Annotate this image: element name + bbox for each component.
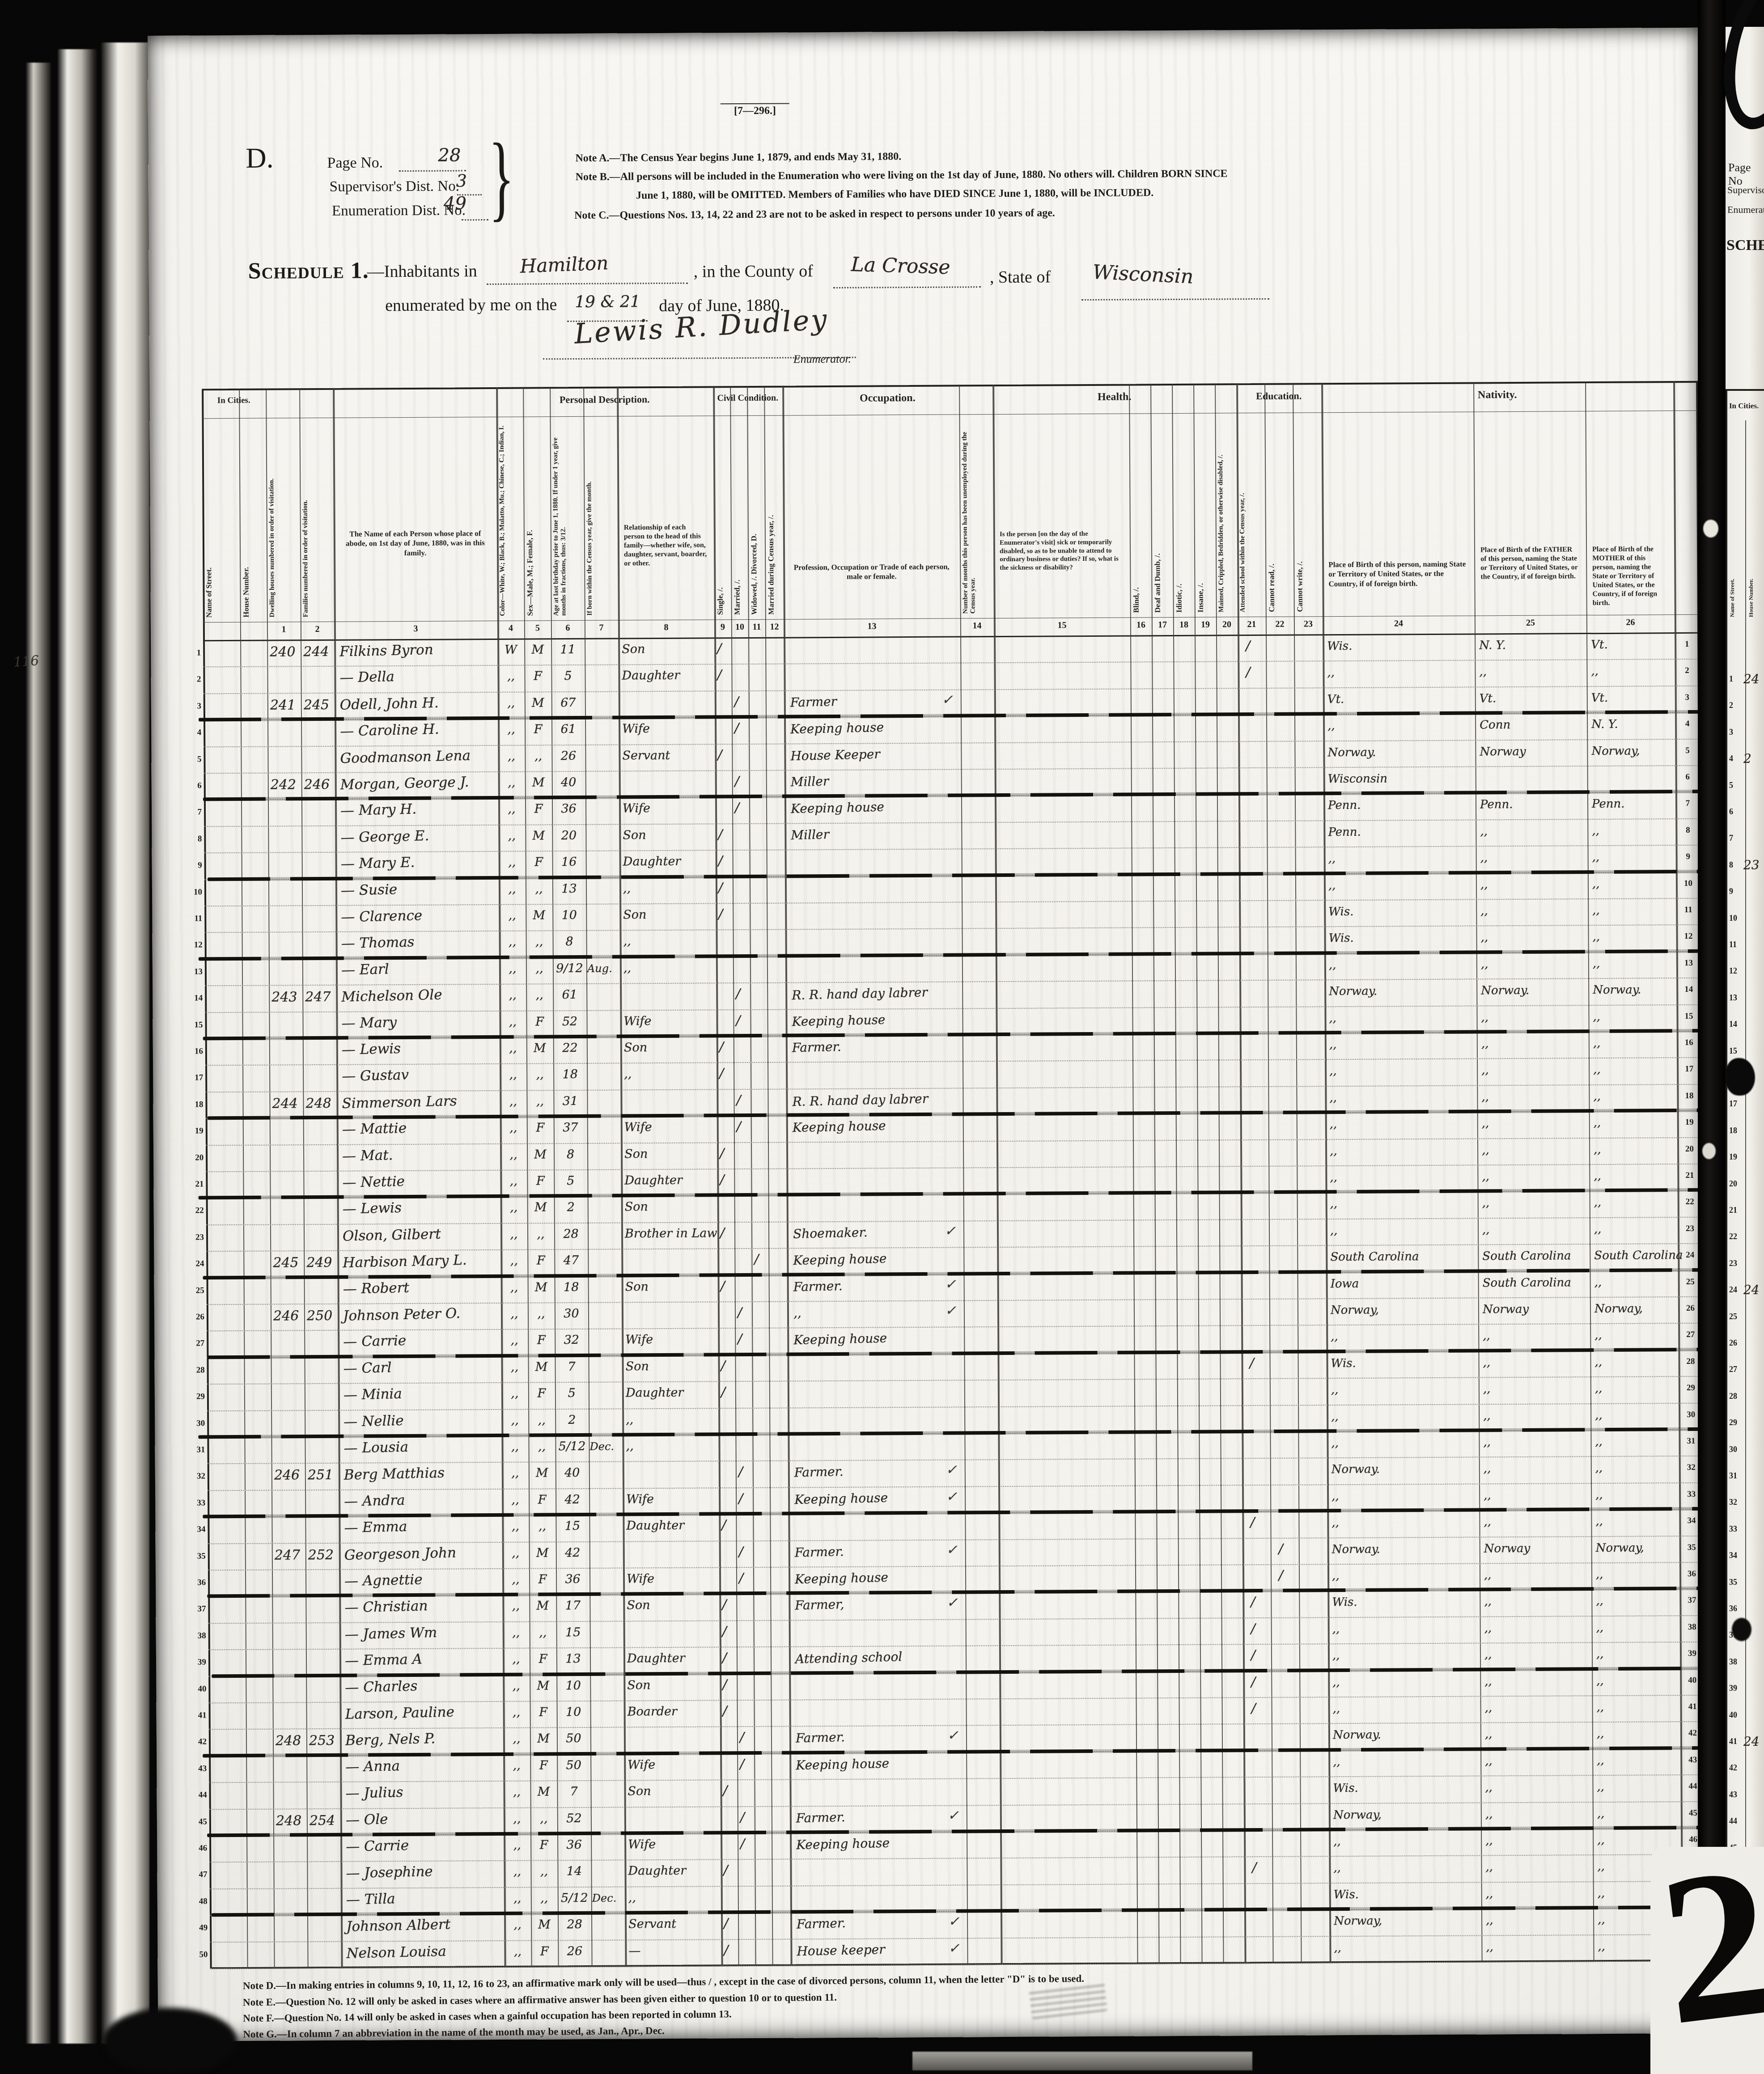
mother-birthplace-entry: ,, [1593,1090,1601,1103]
stub-line-number: 38 [1729,1657,1737,1667]
relationship-entry: Daughter [627,1651,685,1666]
relationship-entry: Wife [628,1758,655,1772]
person-name: — Mattie [342,1120,407,1138]
person-name: — Robert [343,1279,409,1297]
color-entry: ,, [501,1333,528,1347]
line-number-left: 7 [187,808,202,817]
stub-line-number: 27 [1729,1365,1737,1374]
occupation-entry: Keeping house [791,800,885,817]
sex-entry: F [527,1121,554,1134]
color-entry: ,, [504,1891,531,1905]
father-birthplace-entry: ,, [1480,825,1488,838]
stub-line-number: 9 [1729,887,1733,896]
civil-condition-mark: / [740,1757,744,1772]
relationship-entry: Daughter [626,1386,684,1400]
dwelling-number: 246 [274,1468,300,1483]
relationship-entry: Wife [623,802,650,816]
sex-entry: M [529,1466,555,1480]
column-label-c18: Idiotic, /. [1174,418,1193,613]
line-number-left: 14 [187,994,203,1003]
age-entry: 7 [555,1360,589,1374]
occupation-check-mark: ✓ [948,1914,959,1930]
civil-condition-mark: / [736,1013,740,1029]
person-name: — Nettie [342,1173,405,1191]
note-b-line1: Note B.—All persons will be included in … [576,168,1228,183]
color-entry: ,, [499,961,526,975]
age-entry: 40 [552,775,585,789]
sex-entry: M [527,1147,554,1161]
father-birthplace-entry: ,, [1484,1515,1491,1529]
column-label-c15: Is the person [on the day of the Enumera… [1000,530,1124,572]
civil-condition-mark: / [717,747,722,763]
age-entry: 26 [558,1944,591,1958]
column-label-c24: Place of Birth of this person, naming St… [1328,559,1468,588]
birthplace-entry: ,, [1329,1091,1337,1105]
relationship-entry: Son [625,1280,649,1294]
occupation-entry: Farmer. [792,1039,842,1055]
column-label-c12: Married during Census year, /. [766,420,782,615]
stub-line-number: 14 [1729,1020,1737,1029]
color-entry: ,, [501,1360,528,1374]
color-entry: ,, [499,988,526,1002]
color-entry: ,, [500,1041,526,1055]
column-label-c20: Maimed, Crippled, Bedridden, or otherwis… [1217,417,1236,612]
stub-line-number: 33 [1729,1524,1737,1534]
age-entry: 8 [553,935,586,948]
relationship-entry: ,, [623,935,631,948]
person-name: — Ole [345,1811,388,1828]
age-entry: 37 [554,1121,587,1134]
age-entry: 18 [555,1280,588,1294]
age-entry: 15 [555,1519,589,1533]
column-label-c3: The Name of each Person whose place of a… [340,529,491,558]
line-number-left: 46 [192,1843,207,1853]
occupation-entry: Farmer. [797,1916,846,1931]
column-label-c10: Married, /. [732,420,746,615]
person-name: — Lousia [343,1439,408,1456]
color-entry: ,, [503,1625,530,1639]
civil-condition-mark: / [720,1225,725,1241]
civil-condition-mark: / [719,1039,724,1055]
father-birthplace-entry: ,, [1484,1675,1492,1688]
occupation-check-mark: ✓ [948,1807,959,1823]
place-value: Hamilton [520,252,609,277]
birthplace-entry: Wisconsin [1328,772,1387,786]
father-birthplace-entry: ,, [1483,1329,1490,1343]
line-number-left: 32 [190,1472,205,1481]
stub-house-label: House Number. [1748,429,1761,617]
occupation-entry: Keeping house [790,720,884,737]
age-entry: 15 [556,1625,590,1639]
column-number: 24 [1323,618,1475,629]
civil-condition-mark: / [719,1066,724,1082]
mother-birthplace-entry: ,, [1594,1355,1602,1369]
column-number: 21 [1238,619,1266,630]
relationship-entry: Son [624,1041,647,1054]
age-entry: 52 [553,1014,586,1028]
stub-line-number: 17 [1729,1099,1737,1109]
birthplace-entry: ,, [1333,1835,1341,1848]
county-value: La Crosse [851,253,950,279]
person-name: Simmerson Lars [342,1093,457,1112]
dwelling-number: 242 [271,777,296,792]
color-entry: ,, [498,696,525,710]
color-entry: ,, [499,882,526,896]
stub-line-number: 21 [1729,1206,1737,1215]
father-birthplace-entry: ,, [1484,1595,1492,1608]
birthplace-entry: ,, [1331,1436,1339,1450]
civil-condition-mark: / [723,1863,728,1879]
person-name: Olson, Gilbert [343,1226,441,1244]
color-entry: ,, [504,1918,531,1932]
father-birthplace-entry: ,, [1483,1435,1491,1449]
column-label-c6: Age at last birthday prior to June 1, 18… [552,421,583,616]
stub-schedule-label: SCHEDU [1726,237,1764,254]
line-number-left: 40 [191,1684,206,1694]
family-number: 245 [304,697,329,713]
stub-line-number: 43 [1729,1790,1737,1799]
note-c: Note C.—Questions Nos. 13, 14, 22 and 23… [574,207,1055,222]
stub-line-number: 12 [1729,966,1737,976]
sex-entry: M [525,829,552,842]
relationship-entry: Son [623,828,646,842]
bottom-paper-bleed [912,2052,1252,2070]
dotted-line [833,282,981,288]
relationship-entry: Wife [625,1333,653,1347]
line-number-left: 8 [187,834,202,844]
occupation-entry: ,, [793,1305,802,1320]
birthplace-entry: ,, [1327,719,1335,732]
person-name: Larson, Pauline [345,1704,454,1723]
relationship-entry: Son [628,1784,651,1798]
father-birthplace-entry: Norway. [1481,984,1529,998]
left-page-edge [57,49,98,2044]
father-birthplace-entry: ,, [1483,1383,1491,1396]
binding-gutter [1698,0,1726,2074]
sex-entry: M [526,1041,553,1055]
father-birthplace-entry: ,, [1485,1781,1493,1794]
color-entry: ,, [500,1254,527,1268]
sex-entry: M [525,696,551,710]
birthplace-entry: Wis. [1329,931,1354,945]
stub-line-number: 23 [1729,1259,1737,1268]
person-name: — Carrie [343,1333,407,1350]
mother-birthplace-entry: ,, [1597,1860,1605,1873]
relationship-entry: Wife [622,722,650,736]
note-b-line2: June 1, 1880, will be OMITTED. Members o… [636,187,1154,202]
color-entry: ,, [504,1865,530,1879]
color-entry: ,, [504,1812,530,1825]
dotted-line [487,278,688,285]
occupation-entry: Keeping house [793,1331,887,1348]
age-entry: 13 [552,881,586,895]
relationship-entry: Wife [623,1014,651,1028]
sex-entry: F [524,669,551,683]
sex-entry: M [526,908,552,922]
ink-blob [103,2008,237,2074]
person-name: — Carl [343,1359,392,1376]
column-number: 3 [334,623,497,635]
person-name: — Mary [341,1014,397,1032]
occupation-entry: Shoemaker. [793,1225,868,1241]
group-header-occupation: Occupation. [782,392,992,405]
civil-condition-mark: / [722,1597,726,1613]
education-mark: / [1251,1621,1255,1637]
stub-line-number: 5 [1729,781,1733,790]
stub-street-label: Name of Street. [1729,429,1743,617]
birthplace-entry: ,, [1330,1171,1337,1184]
birthplace-entry: Wis. [1327,639,1352,653]
person-name: Johnson Albert [346,1917,451,1935]
age-entry: 13 [556,1652,590,1666]
civil-condition-mark: / [738,1331,742,1347]
enum-date-value: 19 & 21 [575,292,640,311]
color-entry: ,, [500,1121,527,1135]
person-name: Nelson Louisa [346,1943,446,1961]
father-birthplace-entry: South Carolina [1482,1249,1571,1263]
person-name: Michelson Ole [341,987,442,1005]
column-number: 16 [1130,620,1152,630]
relationship-entry: Son [625,1200,648,1214]
color-entry: ,, [503,1785,530,1799]
relationship-entry: Daughter [624,1173,683,1188]
stub-line-number: 7 [1729,834,1733,843]
stub-line-number: 35 [1729,1578,1737,1587]
color-entry: ,, [503,1652,530,1666]
column-label-c25: Place of Birth of the FATHER of this per… [1480,545,1580,581]
column-number: 18 [1173,620,1195,630]
birthplace-entry: ,, [1331,1490,1339,1503]
father-birthplace-entry: ,, [1485,1701,1493,1714]
person-name: — Mary H. [340,801,417,819]
civil-condition-mark: / [723,1783,727,1799]
family-number: 247 [305,989,331,1005]
occupation-check-mark: ✓ [945,1223,956,1239]
birthplace-entry: ,, [1332,1622,1340,1636]
stub-line-number: 29 [1729,1418,1737,1427]
column-number: 19 [1195,620,1216,630]
stub-line-number: 36 [1729,1604,1737,1613]
line-number-left: 12 [187,940,203,950]
relationship-entry: Daughter [626,1519,684,1533]
civil-condition-mark: / [718,906,723,922]
age-entry: 50 [557,1758,590,1772]
birthplace-entry: ,, [1330,1197,1338,1211]
stub-supervisor-label: Supervisor' [1727,184,1764,196]
age-entry: 16 [552,855,586,869]
color-entry: ,, [500,1147,527,1161]
line-number-left: 13 [187,967,203,977]
mother-birthplace-entry: ,, [1597,1807,1605,1820]
person-name: Harbison Mary L. [343,1252,467,1271]
column-label-c4: Color—White, W.; Black, B.; Mulatto, Mu.… [498,421,522,616]
mother-birthplace-entry: Norway. [1593,983,1641,997]
civil-condition-mark: / [723,1703,727,1719]
birthplace-entry: Wis. [1333,1782,1358,1795]
column-number: 14 [960,621,994,631]
group-header-nativity: Nativity. [1321,388,1673,402]
left-page-edge [26,63,51,2044]
relationship-entry: Son [622,642,645,656]
relationship-entry: Daughter [628,1864,686,1878]
birthplace-entry: Iowa [1331,1277,1359,1290]
civil-condition-mark: / [718,880,723,896]
father-birthplace-entry: ,, [1481,931,1488,944]
dotted-line [1081,294,1269,301]
person-name: — Della [339,669,394,686]
note-a: Note A.—The Census Year begins June 1, 1… [575,151,901,165]
stub-line-number: 13 [1729,993,1737,1003]
line-number-left: 17 [188,1073,203,1083]
line-number-left: 9 [187,861,202,871]
person-name: — Gustav [342,1067,409,1084]
mother-birthplace-entry: ,, [1592,851,1600,864]
sex-entry: F [526,855,552,869]
line-number-left: 5 [186,754,201,764]
stub-line-number: 31 [1729,1471,1737,1481]
occupation-entry: Farmer. [793,1278,843,1294]
age-entry: 32 [555,1333,588,1347]
birthplace-entry: Wis. [1334,1888,1359,1901]
person-name: — Nellie [343,1412,404,1430]
age-entry: 10 [557,1705,590,1719]
birthplace-entry: Penn. [1328,799,1361,812]
line-number-left: 6 [187,781,202,791]
column-label-street: Name of Street. [204,423,238,618]
sex-entry: F [525,722,551,736]
occupation-entry: Farmer. [796,1730,845,1745]
dwelling-number: 248 [276,1813,301,1829]
family-number: 252 [308,1547,334,1562]
relationship-entry: ,, [626,1439,633,1453]
family-number: 254 [310,1812,335,1828]
faint-stamp [1029,1980,1108,2019]
age-entry: 30 [555,1307,588,1321]
column-label-c8: Relationship of each person to the head … [624,523,708,568]
column-label-c17: Deaf and Dumb, /. [1153,418,1171,613]
line-number-left: 25 [189,1286,204,1295]
father-birthplace-entry: Conn [1480,718,1510,732]
stub-line-number: 6 [1729,807,1733,817]
education-mark: / [1251,1594,1255,1610]
line-number-left: 27 [189,1339,204,1349]
sex-entry: ,, [526,1068,553,1082]
birthplace-entry: Norway. [1332,1542,1380,1556]
birth-month-entry: Aug. [587,962,612,974]
stub-line-number: 20 [1729,1179,1737,1189]
sex-entry: M [528,1360,555,1374]
mother-birthplace-entry: ,, [1594,1223,1602,1236]
line-number-left: 49 [192,1923,208,1933]
mother-birthplace-entry: ,, [1595,1461,1603,1475]
column-number: 9 [714,622,731,632]
census-scan: 116 D.Page No.28Supervisor's Dist. No.3E… [0,0,1764,2074]
father-birthplace-entry: ,, [1485,1807,1493,1821]
relationship-entry: Son [627,1599,650,1613]
color-entry: ,, [500,1174,527,1188]
education-mark: / [1279,1541,1283,1557]
education-mark: / [1251,1674,1255,1690]
sex-entry: M [528,1280,555,1294]
column-number: 13 [784,621,960,632]
person-name: — Mat. [342,1147,393,1164]
person-name: Odell, John H. [339,694,439,713]
column-number: 8 [618,622,714,633]
age-entry: 40 [555,1466,589,1480]
birthplace-entry: Wis. [1328,905,1353,918]
sex-entry: ,, [528,1307,555,1321]
mother-birthplace-entry: ,, [1594,1169,1601,1183]
education-mark: / [1249,1355,1254,1371]
father-birthplace-entry: ,, [1484,1648,1492,1662]
mother-birthplace-entry: ,, [1596,1594,1603,1608]
line-number-left: 10 [187,887,202,897]
mother-birthplace-entry: ,, [1594,1143,1601,1156]
occupation-entry: Attending school [795,1649,903,1666]
sex-entry: ,, [530,1865,557,1879]
column-label-c13: Profession, Occupation or Trade of each … [789,562,954,582]
state-label: , State of [990,267,1051,287]
occupation-check-mark: ✓ [946,1595,958,1611]
line-number-left: 38 [191,1631,206,1641]
age-entry: 52 [557,1811,591,1825]
line-number-left: 16 [188,1046,203,1056]
color-entry: ,, [500,1227,527,1241]
column-number: 25 [1475,618,1586,628]
birthplace-entry: Norway, [1334,1914,1382,1928]
father-birthplace-entry: ,, [1484,1568,1492,1582]
birthplace-entry: ,, [1329,1038,1337,1051]
stub-line-number: 25 [1729,1312,1737,1321]
mother-birthplace-entry: ,, [1596,1568,1603,1581]
sup-dist-value: 3 [456,171,467,190]
father-birthplace-entry: ,, [1486,1913,1493,1927]
birthplace-entry: ,, [1331,1383,1339,1397]
color-entry: ,, [502,1546,529,1560]
person-name: — Josephine [346,1863,433,1881]
sex-entry: F [527,1253,554,1267]
occupation-entry: Keeping house [795,1570,889,1587]
dwelling-number: 245 [273,1255,298,1270]
sex-entry: M [527,1201,554,1215]
age-entry: 36 [556,1572,589,1586]
dwelling-number: 240 [270,644,295,660]
group-header-personal: Personal Description. [496,393,713,406]
column-label-c5: Sex—Male, M.; Female, F. [525,421,549,616]
column-number: 11 [748,622,765,632]
sex-entry: F [527,1174,554,1188]
group-header-health: Health. [992,390,1236,404]
family-number: 250 [307,1308,332,1324]
person-name: Morgan, George J. [340,774,469,793]
color-entry: ,, [502,1493,529,1507]
relationship-entry: ,, [626,1413,633,1426]
enumerator-label: Enumerator. [793,352,851,366]
family-number: 248 [305,1096,331,1111]
birthplace-entry: Wis. [1332,1596,1357,1609]
sex-entry: F [530,1758,557,1772]
father-birthplace-entry: ,, [1482,1197,1490,1210]
mother-birthplace-entry: ,, [1595,1435,1603,1448]
relationship-entry: ,, [624,1067,632,1081]
relationship-entry: Son [626,1359,649,1373]
column-label-c23: Cannot write, /. [1294,417,1320,612]
color-entry: ,, [500,1094,526,1108]
birthplace-entry: Norway. [1327,745,1376,759]
sex-entry: F [531,1944,558,1958]
birthplace-entry: ,, [1332,1649,1340,1662]
person-name: — Earl [341,961,389,978]
